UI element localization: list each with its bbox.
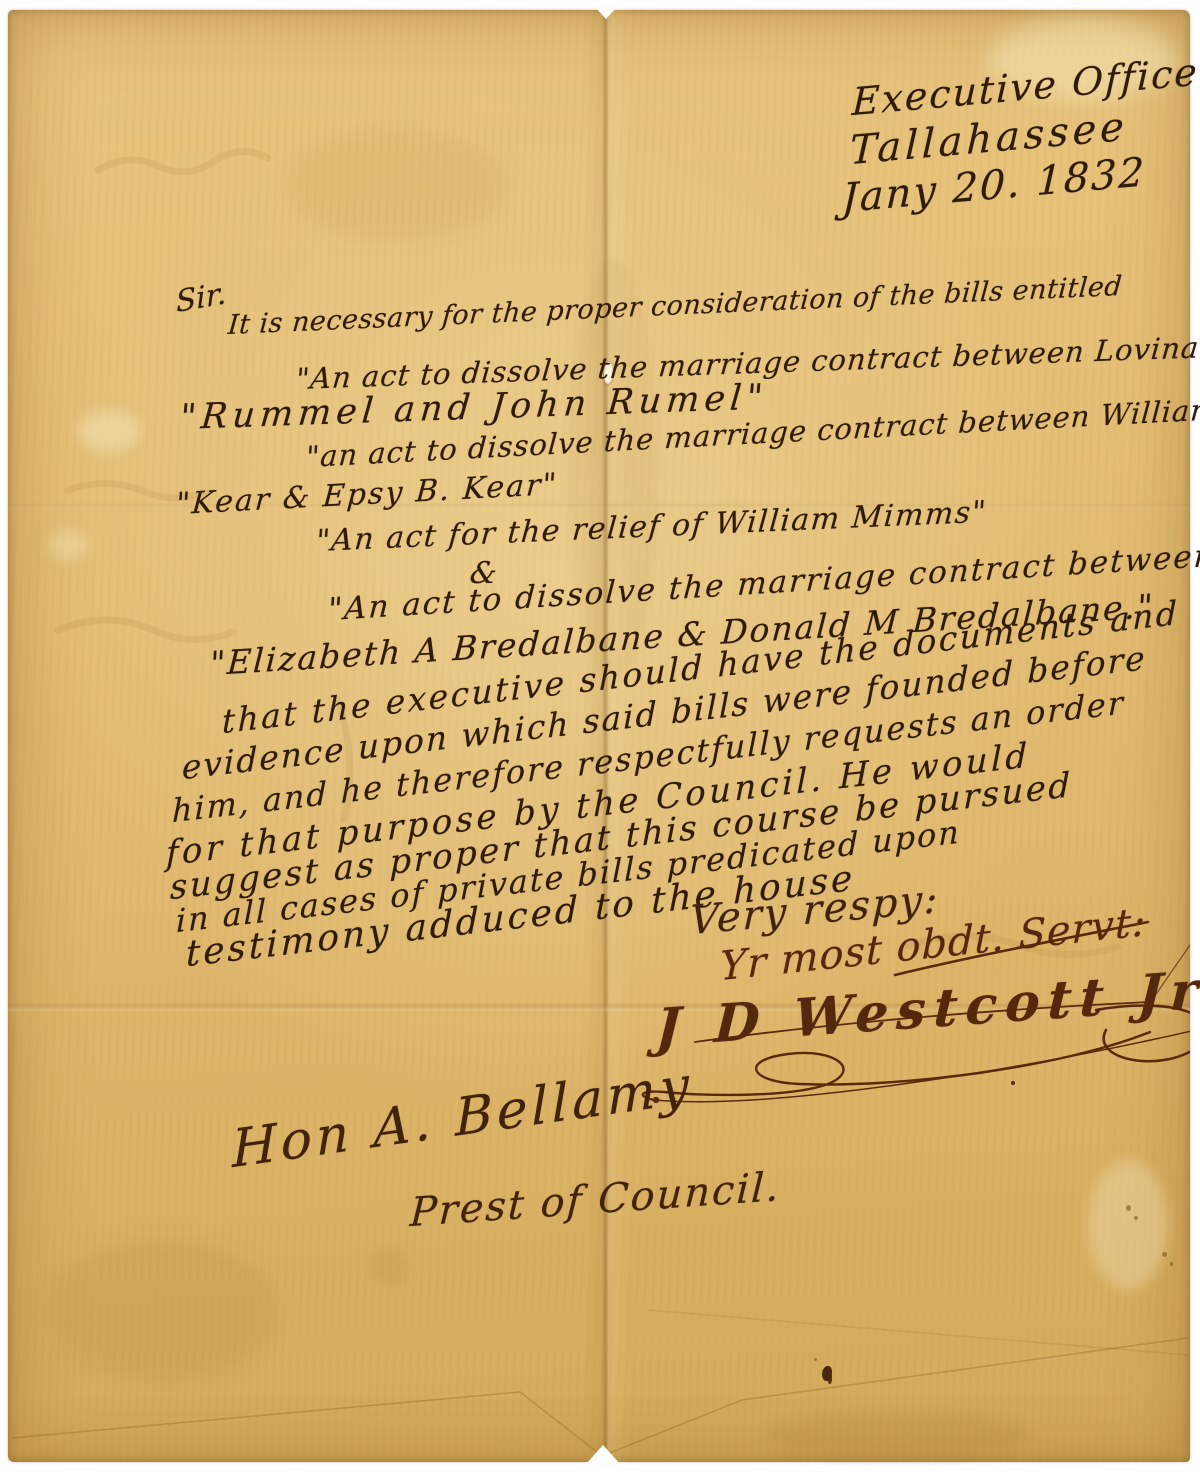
letter-paper: Executive Office Tallahassee Jany 20. 18… [8,10,1190,1462]
body-line: "Kear & Epsy B. Kear" [175,467,560,522]
scan-background: Executive Office Tallahassee Jany 20. 18… [0,0,1200,1477]
addressee-name: Hon A. Bellamy [231,1055,693,1180]
salutation: Sir. [175,276,227,320]
paper-edge-notch-bottom [586,1445,620,1464]
body-line: It is necessary for the proper considera… [227,271,1124,341]
letter-text: Executive Office Tallahassee Jany 20. 18… [8,10,1190,1462]
paper-edge-notch-top [596,8,616,19]
addressee-title: Prest of Council. [409,1164,782,1236]
